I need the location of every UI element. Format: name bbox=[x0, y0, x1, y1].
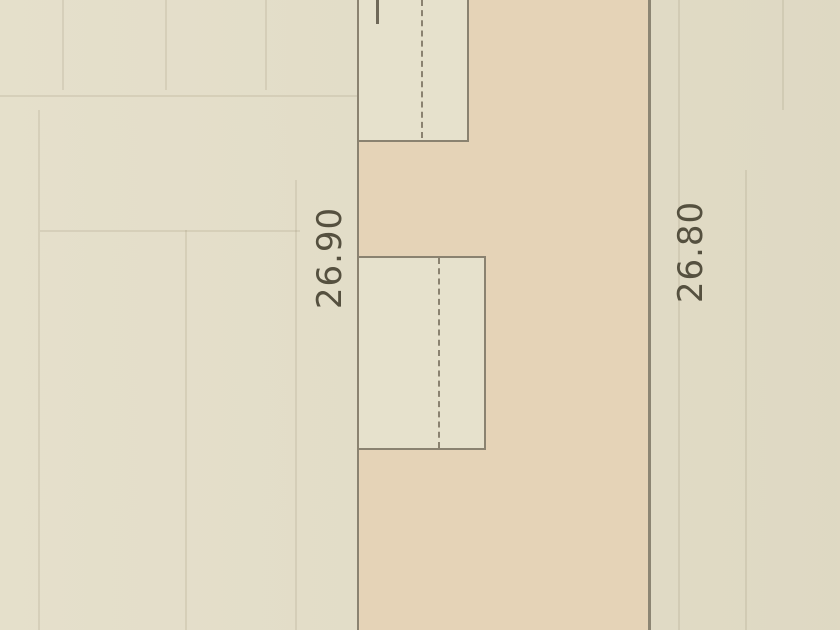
faint-grid-line bbox=[782, 0, 784, 110]
opening-upper-mark bbox=[376, 0, 379, 24]
opening-lower bbox=[359, 256, 486, 450]
opening-lower-centerline bbox=[438, 258, 440, 448]
dimension-label-right: 26.80 bbox=[671, 197, 711, 307]
dimension-label-left: 26.90 bbox=[310, 203, 350, 313]
faint-grid-line bbox=[265, 0, 267, 90]
drawing-sheet: 26.90 26.80 bbox=[0, 0, 840, 630]
faint-grid-line bbox=[38, 110, 40, 630]
wall-edge-right bbox=[648, 0, 651, 630]
faint-grid-line bbox=[165, 0, 167, 90]
faint-grid-line bbox=[745, 170, 747, 630]
faint-grid-line bbox=[185, 230, 187, 630]
faint-grid-line bbox=[40, 230, 300, 232]
opening-upper-centerline bbox=[421, 0, 423, 138]
faint-grid-line bbox=[62, 0, 64, 90]
faint-grid-line bbox=[0, 95, 358, 97]
faint-grid-line bbox=[295, 180, 297, 630]
faint-grid-line bbox=[678, 0, 680, 630]
